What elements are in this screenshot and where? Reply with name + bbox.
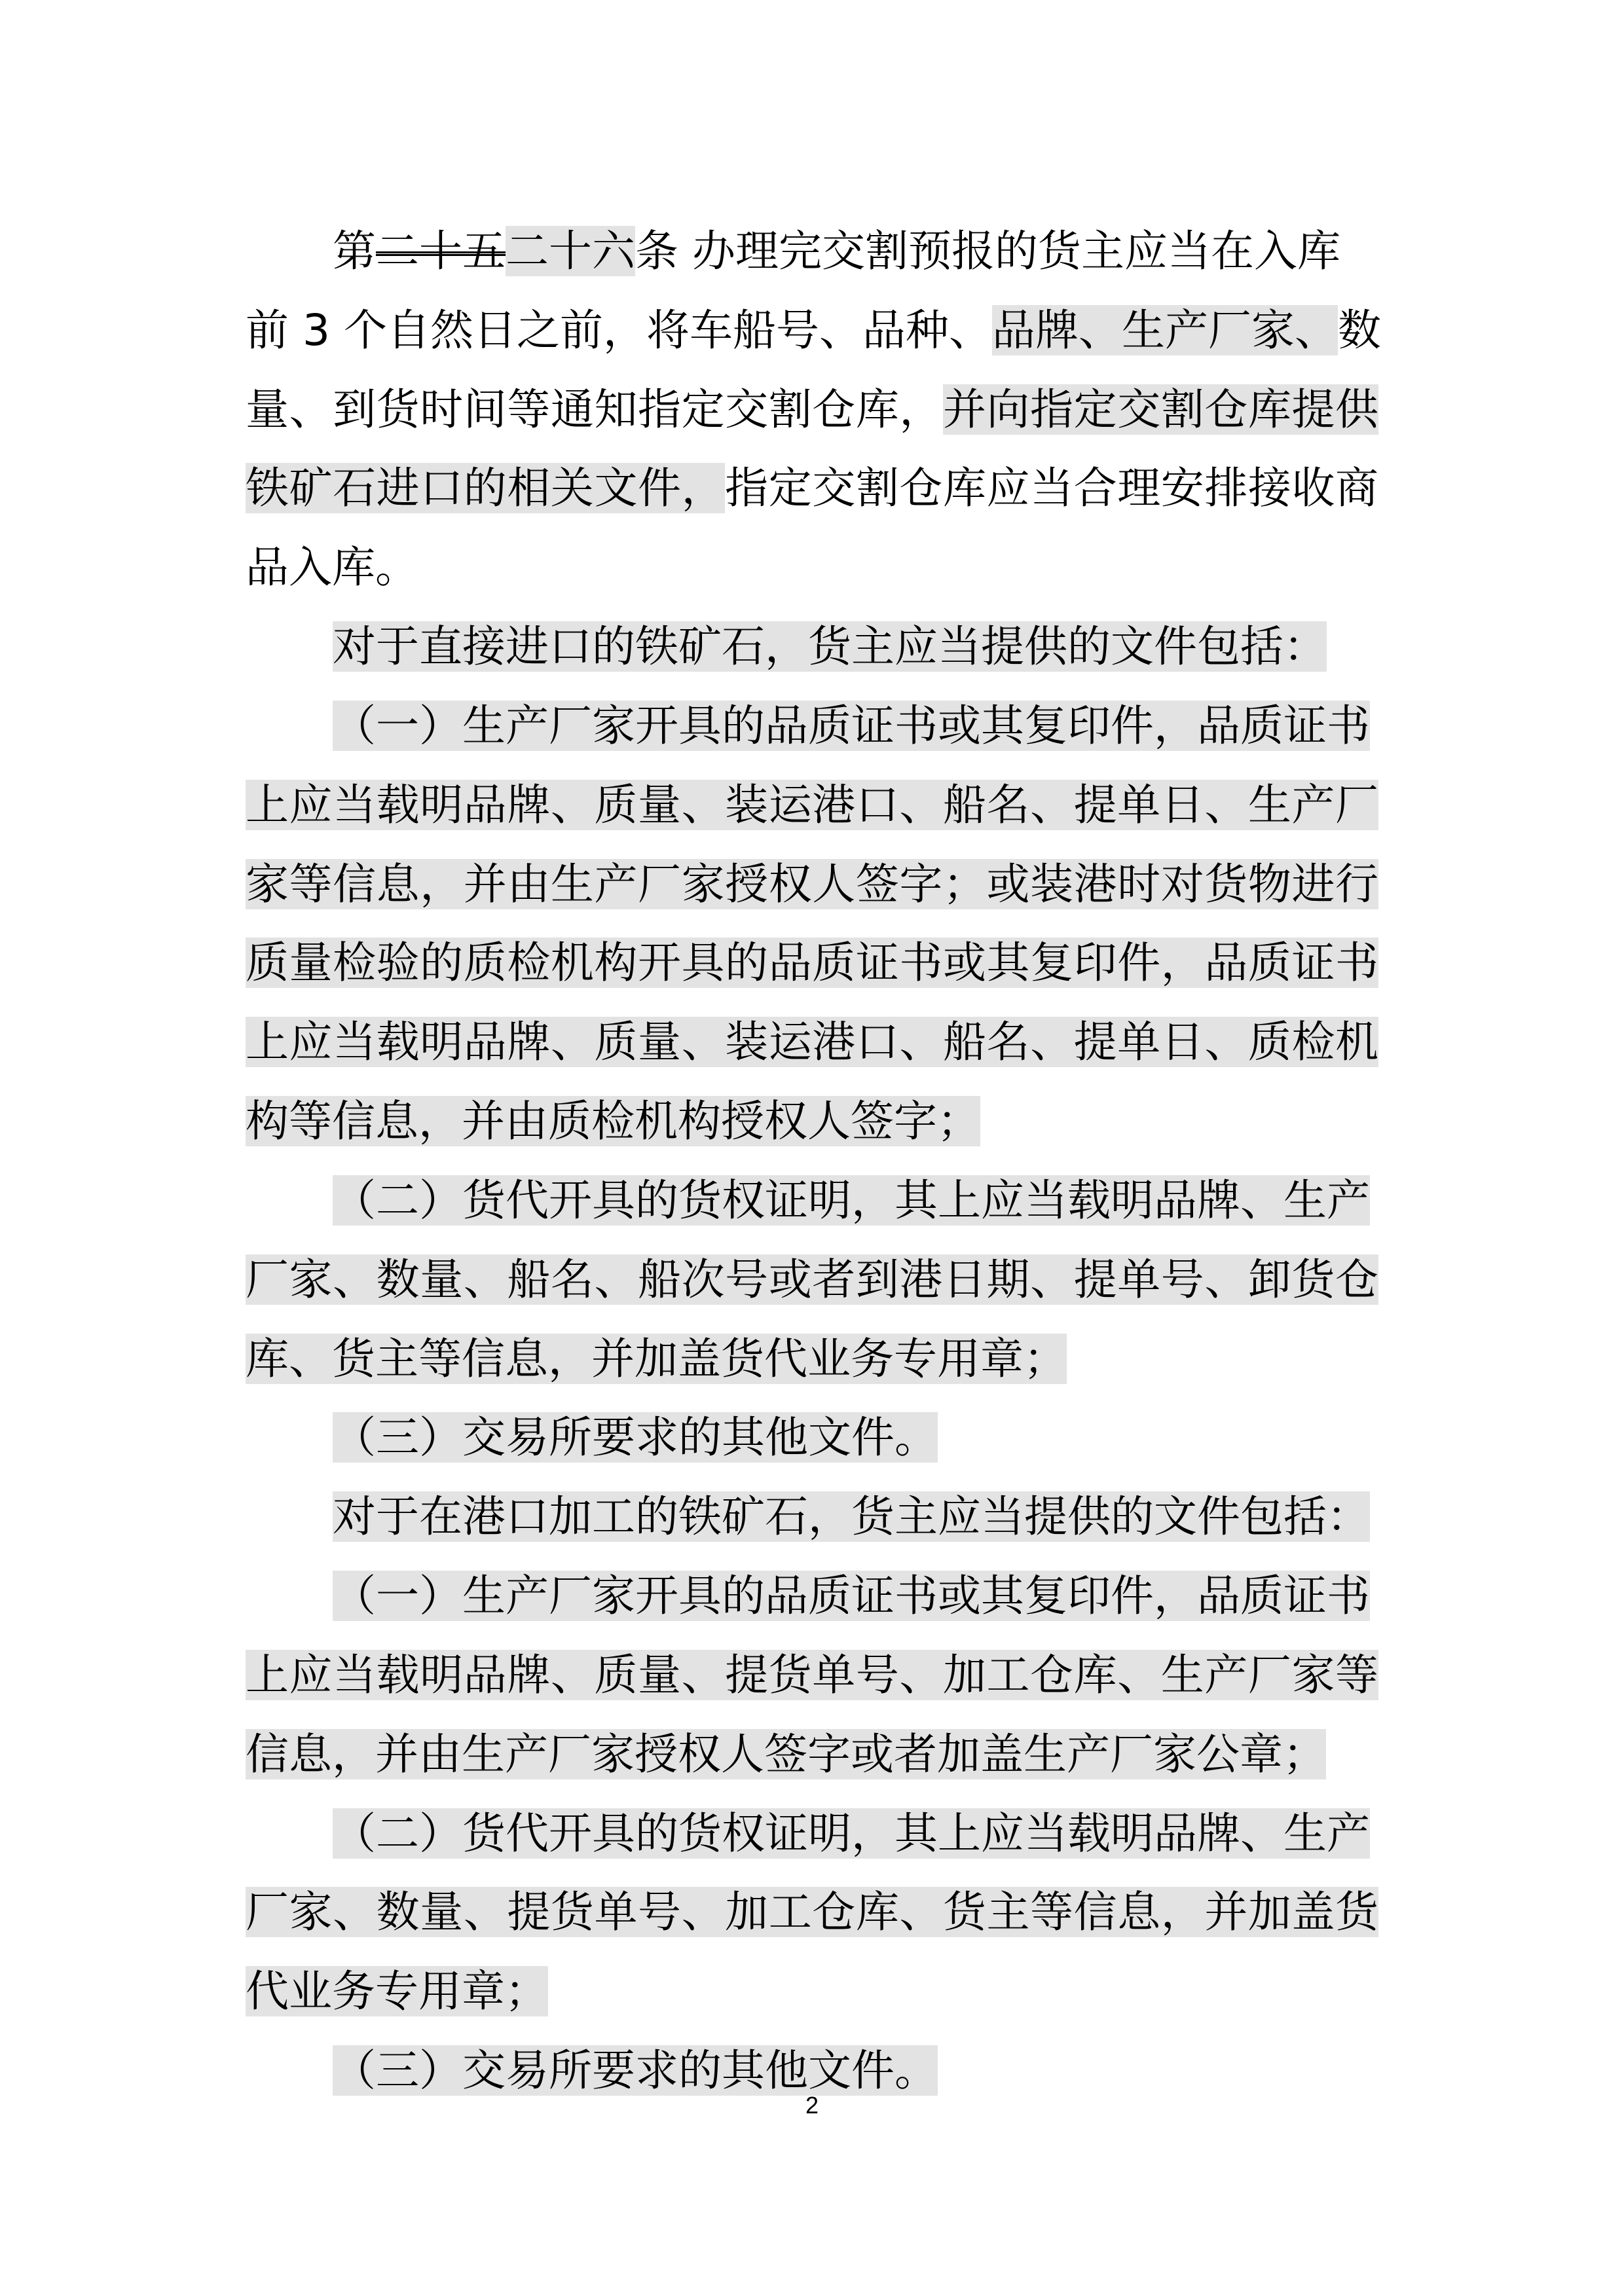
text-segment: 条 办理完交割预报的货主应当在入库 xyxy=(635,226,1340,276)
highlighted-text: 家等信息，并由生产厂家授权人签字；或装港时对货物进行 xyxy=(246,859,1378,909)
highlighted-text: 质量检验的质检机构开具的品质证书或其复印件，品质证书 xyxy=(246,938,1378,988)
highlighted-text: 信息，并由生产厂家授权人签字或者加盖生产厂家公章； xyxy=(246,1729,1326,1779)
highlighted-text: 厂家、数量、提货单号、加工仓库、货主等信息，并加盖货 xyxy=(246,1887,1378,1937)
text-segment: 指定交割仓库应当合理安排接收商 xyxy=(725,463,1378,513)
text-line: 厂家、数量、提货单号、加工仓库、货主等信息，并加盖货 xyxy=(246,1883,1378,1942)
text-line: 构等信息，并由质检机构授权人签字； xyxy=(246,1092,980,1151)
highlighted-text: 并向指定交割仓库提供 xyxy=(943,384,1378,435)
text-line: （二）货代开具的货权证明，其上应当载明品牌、生产 xyxy=(246,1171,1291,1230)
highlighted-text: （一）生产厂家开具的品质证书或其复印件，品质证书 xyxy=(333,701,1370,751)
highlighted-text: 铁矿石进口的相关文件， xyxy=(246,463,725,513)
text-line: 对于在港口加工的铁矿石，货主应当提供的文件包括： xyxy=(246,1487,1370,1546)
highlighted-text: （三）交易所要求的其他文件。 xyxy=(333,2045,938,2096)
highlighted-text: 库、货主等信息，并加盖货代业务专用章； xyxy=(246,1334,1067,1384)
text-line: 品入库。 xyxy=(246,538,418,597)
text-line: 上应当载明品牌、质量、装运港口、船名、提单日、质检机 xyxy=(246,1013,1378,1072)
document-page: 第二十五二十六条 办理完交割预报的货主应当在入库前 3 个自然日之前，将车船号、… xyxy=(0,0,1624,2296)
deleted-text: 二十五 xyxy=(376,226,506,276)
highlighted-text: 上应当载明品牌、质量、提货单号、加工仓库、生产厂家等 xyxy=(246,1650,1378,1700)
text-line: （二）货代开具的货权证明，其上应当载明品牌、生产 xyxy=(246,1804,1291,1863)
highlighted-text: 品牌、生产厂家、 xyxy=(992,305,1338,355)
highlighted-text: 构等信息，并由质检机构授权人签字； xyxy=(246,1096,980,1146)
text-segment: 品入库。 xyxy=(246,542,418,592)
text-line: （一）生产厂家开具的品质证书或其复印件，品质证书 xyxy=(246,697,1291,756)
text-line: 量、到货时间等通知指定交割仓库，并向指定交割仓库提供 xyxy=(246,380,1378,439)
text-line: 第二十五二十六条 办理完交割预报的货主应当在入库 xyxy=(246,222,1291,281)
text-line: 铁矿石进口的相关文件，指定交割仓库应当合理安排接收商 xyxy=(246,459,1378,518)
highlighted-text: 对于在港口加工的铁矿石，货主应当提供的文件包括： xyxy=(333,1491,1370,1542)
highlighted-text: 上应当载明品牌、质量、装运港口、船名、提单日、质检机 xyxy=(246,1017,1378,1067)
text-line: 厂家、数量、船名、船次号或者到港日期、提单号、卸货仓 xyxy=(246,1250,1378,1309)
page-number: 2 xyxy=(0,2092,1624,2119)
highlighted-text: 对于直接进口的铁矿石，货主应当提供的文件包括： xyxy=(333,621,1327,672)
text-line: 前 3 个自然日之前，将车船号、品种、品牌、生产厂家、数 xyxy=(246,301,1378,360)
text-line: 家等信息，并由生产厂家授权人签字；或装港时对货物进行 xyxy=(246,855,1378,914)
highlighted-text: 上应当载明品牌、质量、装运港口、船名、提单日、生产厂 xyxy=(246,780,1378,830)
text-line: 上应当载明品牌、质量、装运港口、船名、提单日、生产厂 xyxy=(246,776,1378,835)
text-line: （三）交易所要求的其他文件。 xyxy=(246,1408,938,1467)
highlighted-text: （二）货代开具的货权证明，其上应当载明品牌、生产 xyxy=(333,1175,1370,1226)
text-segment: 量、到货时间等通知指定交割仓库， xyxy=(246,384,943,435)
text-line: 质量检验的质检机构开具的品质证书或其复印件，品质证书 xyxy=(246,934,1378,993)
highlighted-text: 厂家、数量、船名、船次号或者到港日期、提单号、卸货仓 xyxy=(246,1254,1378,1305)
highlighted-text: 二十六 xyxy=(506,226,635,276)
text-line: 对于直接进口的铁矿石，货主应当提供的文件包括： xyxy=(246,617,1327,676)
text-segment: 前 3 个自然日之前，将车船号、品种、 xyxy=(246,305,992,355)
text-line: 代业务专用章； xyxy=(246,1962,548,2021)
text-line: 上应当载明品牌、质量、提货单号、加工仓库、生产厂家等 xyxy=(246,1646,1378,1705)
highlighted-text: （一）生产厂家开具的品质证书或其复印件，品质证书 xyxy=(333,1571,1370,1621)
text-segment: 第 xyxy=(333,226,376,276)
highlighted-text: （三）交易所要求的其他文件。 xyxy=(333,1412,938,1463)
highlighted-text: （二）货代开具的货权证明，其上应当载明品牌、生产 xyxy=(333,1808,1370,1859)
highlighted-text: 代业务专用章； xyxy=(246,1966,548,2016)
text-line: 库、货主等信息，并加盖货代业务专用章； xyxy=(246,1330,1067,1389)
text-line: 信息，并由生产厂家授权人签字或者加盖生产厂家公章； xyxy=(246,1725,1326,1784)
text-segment: 数 xyxy=(1338,305,1381,355)
text-line: （一）生产厂家开具的品质证书或其复印件，品质证书 xyxy=(246,1567,1291,1626)
